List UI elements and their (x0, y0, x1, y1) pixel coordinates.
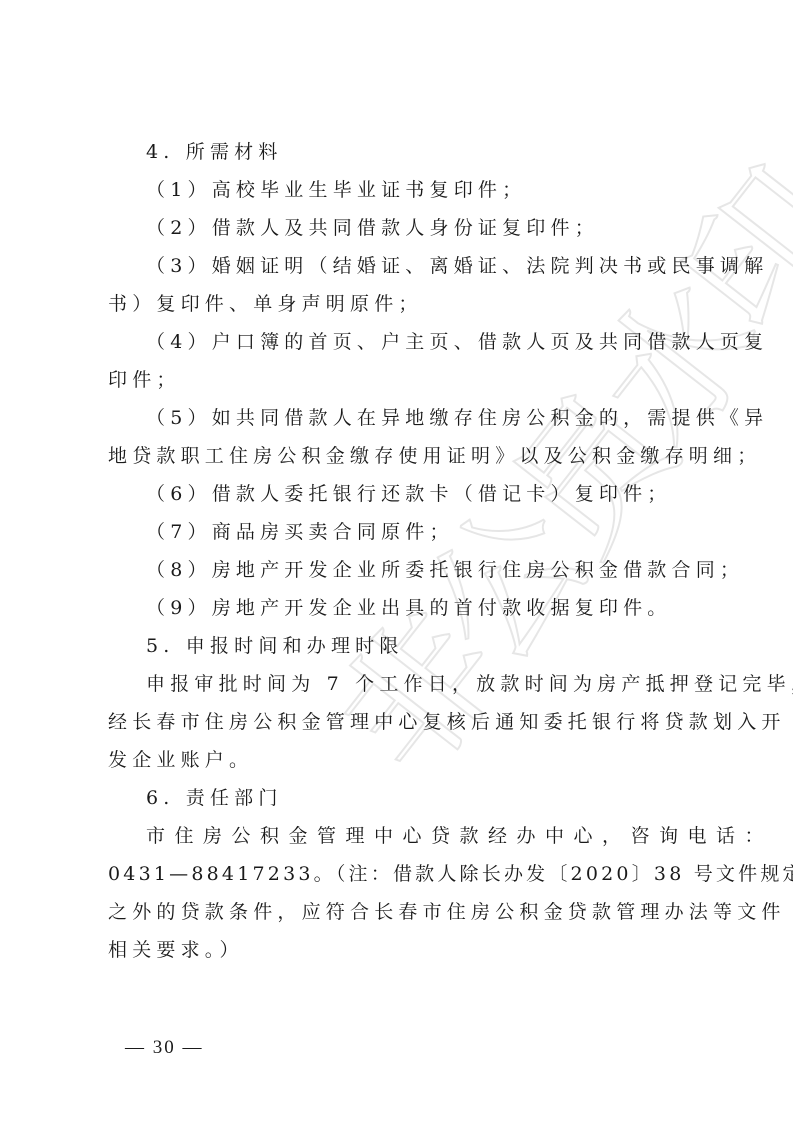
material-item: （1）高校毕业生毕业证书复印件； (146, 178, 526, 202)
paragraph-line: 市住房公积金管理中心贷款经办中心，咨询电话： (146, 824, 773, 848)
material-item: （5）如共同借款人在异地缴存住房公积金的，需提供《异 (146, 406, 768, 430)
material-item: （2）借款人及共同借款人身份证复印件； (146, 216, 599, 240)
material-item: （7）商品房买卖合同原件； (146, 520, 454, 544)
paragraph-line: 发企业账户。 (108, 748, 253, 772)
paragraph-line: 申报审批时间为 7 个工作日，放款时间为房产抵押登记完毕， (146, 672, 793, 696)
material-item: （4）户口簿的首页、户主页、借款人页及共同借款人页复 (146, 330, 768, 354)
material-item-continued: 书）复印件、单身声明原件； (108, 292, 423, 316)
paragraph-line: 0431—88417233。（注：借款人除长办发〔2020〕38 号文件规定 (108, 862, 793, 886)
section-heading-materials: 4. 所需材料 (146, 140, 283, 164)
document-page: 非公员水印 4. 所需材料 （1）高校毕业生毕业证书复印件； （2）借款人及共同… (0, 0, 793, 1122)
paragraph-line: 经长春市住房公积金管理中心复核后通知委托银行将贷款划入开 (108, 710, 786, 734)
section-heading-department: 6. 责任部门 (146, 786, 283, 810)
material-item-continued: 地贷款职工住房公积金缴存使用证明》以及公积金缴存明细； (108, 444, 761, 468)
material-item: （9）房地产开发企业出具的首付款收据复印件。 (146, 596, 672, 620)
section-heading-timing: 5. 申报时间和办理时限 (146, 634, 404, 658)
material-item: （3）婚姻证明（结婚证、离婚证、法院判决书或民事调解 (146, 254, 768, 278)
material-item: （6）借款人委托银行还款卡（借记卡）复印件； (146, 482, 672, 506)
page-number: — 30 — (125, 1037, 204, 1059)
material-item: （8）房地产开发企业所委托银行住房公积金借款合同； (146, 558, 744, 582)
paragraph-line: 之外的贷款条件，应符合长春市住房公积金贷款管理办法等文件 (108, 900, 786, 924)
paragraph-line: 相关要求。） (108, 938, 244, 962)
material-item-continued: 印件； (108, 368, 181, 392)
